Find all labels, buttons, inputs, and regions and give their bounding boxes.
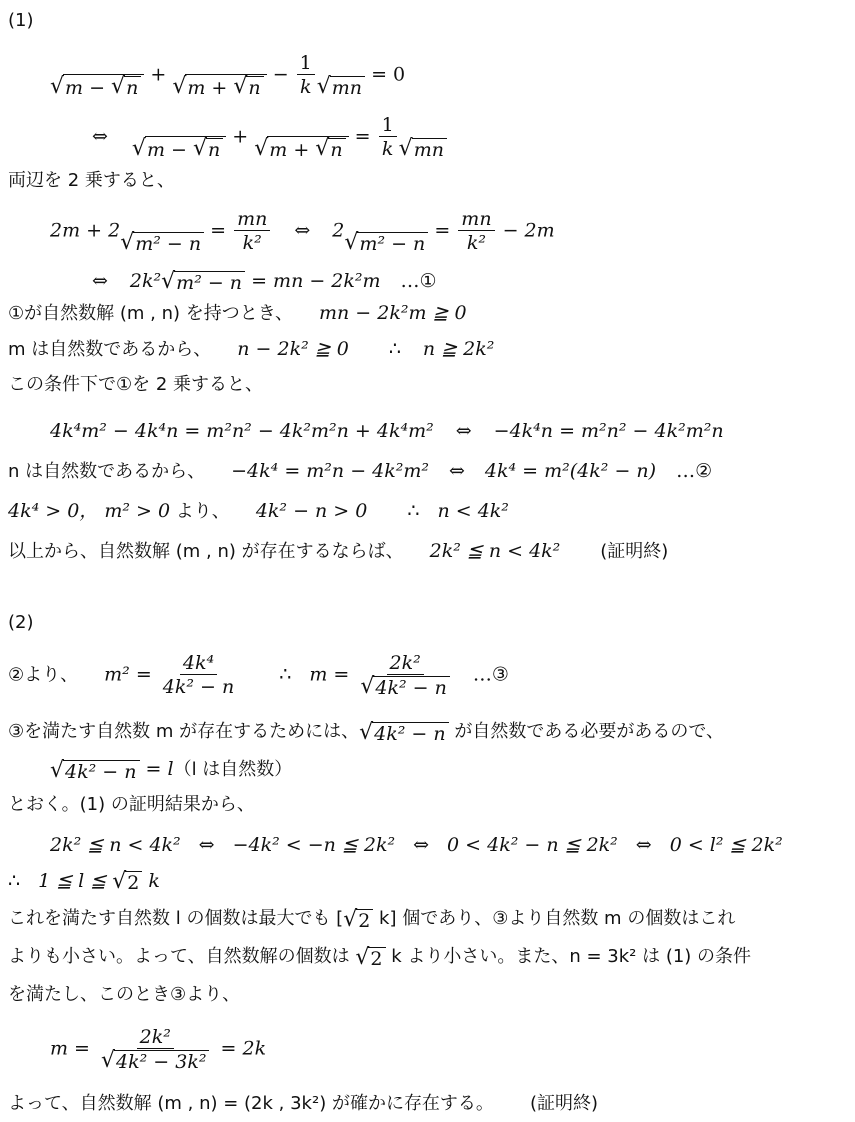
equation-8: 4k⁴m² − 4k⁴n = m²n² − 4k²m²n + 4k⁴m²⇔−4k…: [50, 418, 724, 444]
line-equation-2: n は自然数であるから、−4k⁴ = m²n − 4k²m²⇔4k⁴ = m²(…: [8, 458, 712, 485]
line-condition-2: m は自然数であるから、n − 2k² ≧ 0∴n ≧ 2k²: [8, 336, 494, 363]
equation-chain: 2k² ≦ n < 4k²⇔−4k² < −n ≦ 2k²⇔0 < 4k² − …: [50, 832, 783, 858]
part1-label: (1): [8, 8, 34, 34]
line-inequality: 4k⁴ > 0， m² > 0 より、4k² − n > 0∴n < 4k²: [8, 498, 509, 525]
proof-end-1: (証明終): [600, 541, 668, 562]
equation-ref-3: …③: [473, 664, 509, 686]
equation-3: 2m + 2√m² − n = mnk²⇔2√m² − n = mnk² − 2…: [50, 208, 555, 255]
equation-1: √m − √n + √m + √n − 1k√mn = 0: [50, 52, 405, 99]
part2-label: (2): [8, 610, 34, 636]
equation-ref-1: …①: [401, 270, 437, 292]
line-count-2: よりも小さい。よって、自然数解の個数は √2 k より小さい。また、n = 3k…: [8, 944, 751, 970]
line-m-squared: ②より、m² = 4k⁴4k² − n∴m = 2k²√4k² − n…③: [8, 652, 509, 699]
line-requirement: ③を満たす自然数 m が存在するためには、√4k² − n が自然数である必要が…: [8, 718, 724, 745]
equation-m-value: m = 2k²√4k² − 3k² = 2k: [50, 1026, 266, 1073]
proof-end-2: (証明終): [530, 1093, 598, 1114]
text-square-both-sides: 両辺を 2 乗すると、: [8, 168, 175, 194]
line-l-range: ∴1 ≦ l ≦ √2 k: [8, 868, 160, 894]
text-square-under-condition: この条件下で①を 2 乗すると、: [8, 372, 263, 398]
text-from-part1: とおく。(1) の証明結果から、: [8, 792, 255, 818]
equation-2: ⇔√m − √n + √m + √n = 1k√mn: [92, 114, 447, 161]
equation-4: ⇔2k²√m² − n = mn − 2k²m…①: [92, 268, 437, 294]
line-condition-1: ①が自然数解 (m , n) を持つとき、mn − 2k²m ≧ 0: [8, 300, 467, 327]
equation-ref-2: …②: [676, 460, 712, 482]
line-conclusion-2: よって、自然数解 (m , n) = (2k , 3k²) が確かに存在する。(…: [8, 1090, 598, 1117]
line-define-l: √4k² − n = l（l は自然数）: [50, 756, 292, 783]
line-conclusion-1: 以上から、自然数解 (m , n) が存在するならば、2k² ≦ n < 4k²…: [8, 538, 668, 565]
line-count-1: これを満たす自然数 l の個数は最大でも [√2 k] 個であり、③より自然数 …: [8, 906, 735, 932]
text-satisfies: を満たし、このとき③より、: [8, 982, 240, 1008]
